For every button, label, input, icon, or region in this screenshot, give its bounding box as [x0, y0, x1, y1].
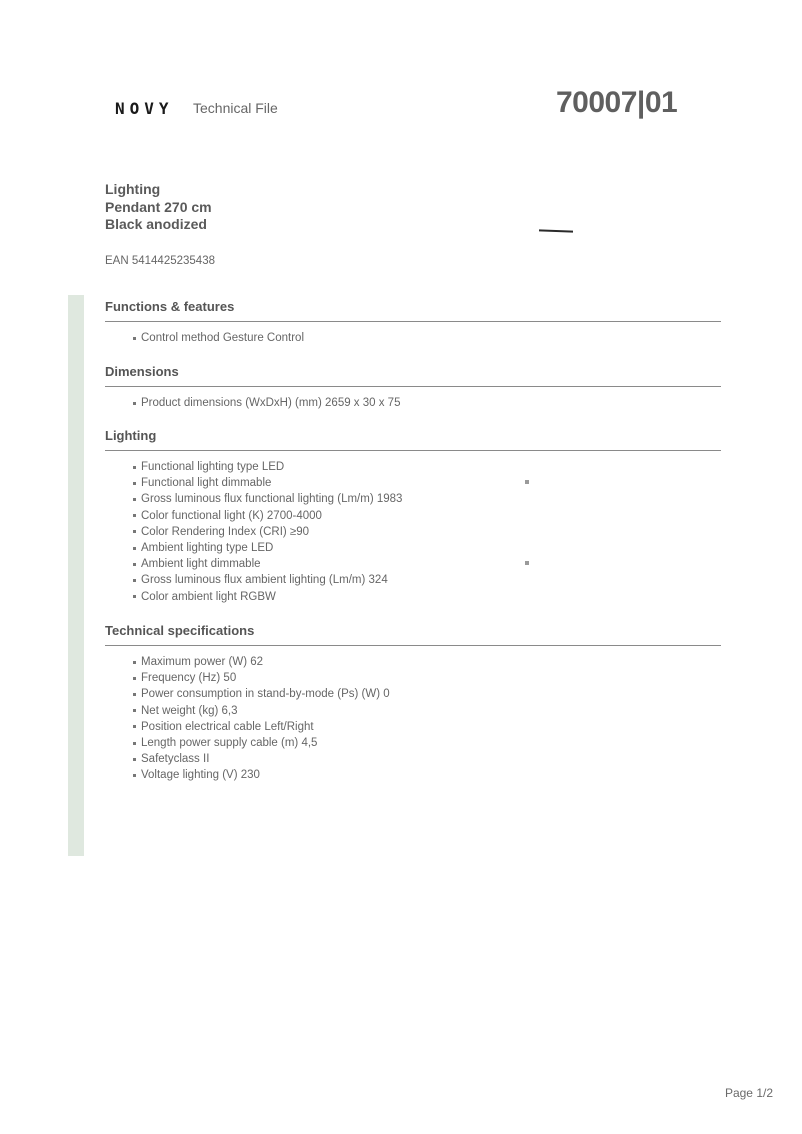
spec-item-text: Power consumption in stand-by-mode (Ps) …	[141, 688, 390, 700]
spec-item-text: Ambient light dimmable	[141, 558, 261, 570]
document-type: Technical File	[193, 100, 278, 116]
spec-item-text: Length power supply cable (m) 4,5	[141, 737, 317, 749]
spec-item: Length power supply cable (m) 4,5	[133, 735, 721, 751]
spec-item-text: Frequency (Hz) 50	[141, 672, 236, 684]
spec-item: Net weight (kg) 6,3	[133, 703, 721, 719]
spec-item-text: Maximum power (W) 62	[141, 656, 263, 668]
spec-item-text: Functional light dimmable	[141, 477, 271, 489]
spec-item: Ambient lighting type LED	[133, 540, 721, 556]
section-technical-specifications: Technical specifications Maximum power (…	[105, 622, 721, 784]
spec-item-text: Gross luminous flux ambient lighting (Lm…	[141, 574, 388, 586]
spec-item-text: Functional lighting type LED	[141, 461, 284, 473]
product-finish: Black anodized	[105, 216, 212, 234]
section-accent-bar	[68, 295, 84, 856]
article-number: 70007|01	[556, 86, 677, 120]
section-title: Technical specifications	[105, 622, 721, 646]
section-title: Lighting	[105, 427, 721, 451]
spec-item-text: Gross luminous flux functional lighting …	[141, 493, 402, 505]
spec-item: Power consumption in stand-by-mode (Ps) …	[133, 686, 721, 702]
spec-item-text: Color Rendering Index (CRI) ≥90	[141, 526, 309, 538]
spec-list: Maximum power (W) 62Frequency (Hz) 50Pow…	[105, 646, 721, 784]
spec-item: Functional light dimmable	[133, 475, 721, 491]
spec-item-text: Ambient lighting type LED	[141, 542, 273, 554]
spec-item: Gross luminous flux functional lighting …	[133, 491, 721, 507]
spec-item: Color ambient light RGBW	[133, 589, 721, 605]
spec-item: Functional lighting type LED	[133, 459, 721, 475]
spec-item: Control method Gesture Control	[133, 330, 721, 346]
product-category: Lighting	[105, 181, 212, 199]
spec-item: Ambient light dimmable	[133, 556, 721, 572]
spec-list: Control method Gesture Control	[105, 322, 721, 346]
spec-item: Maximum power (W) 62	[133, 654, 721, 670]
spec-item-text: Position electrical cable Left/Right	[141, 721, 314, 733]
product-title: Lighting Pendant 270 cm Black anodized	[105, 181, 212, 234]
check-mark-icon	[525, 561, 529, 565]
spec-item-text: Control method Gesture Control	[141, 332, 304, 344]
check-mark-icon	[525, 480, 529, 484]
ean-code: EAN 5414425235438	[105, 255, 215, 267]
brand-logo: NOVY	[115, 99, 174, 118]
spec-item: Safetyclass II	[133, 751, 721, 767]
spec-list: Product dimensions (WxDxH) (mm) 2659 x 3…	[105, 387, 721, 411]
product-image	[539, 229, 573, 232]
section-lighting: Lighting Functional lighting type LEDFun…	[105, 427, 721, 605]
page-number: Page 1/2	[725, 1086, 773, 1100]
spec-item-text: Product dimensions (WxDxH) (mm) 2659 x 3…	[141, 397, 400, 409]
spec-item: Gross luminous flux ambient lighting (Lm…	[133, 572, 721, 588]
spec-item: Frequency (Hz) 50	[133, 670, 721, 686]
section-title: Dimensions	[105, 363, 721, 387]
section-dimensions: Dimensions Product dimensions (WxDxH) (m…	[105, 363, 721, 411]
spec-item: Position electrical cable Left/Right	[133, 719, 721, 735]
product-name: Pendant 270 cm	[105, 199, 212, 217]
section-title: Functions & features	[105, 298, 721, 322]
spec-item: Product dimensions (WxDxH) (mm) 2659 x 3…	[133, 395, 721, 411]
spec-item: Color functional light (K) 2700-4000	[133, 508, 721, 524]
spec-list: Functional lighting type LEDFunctional l…	[105, 451, 721, 605]
spec-item-text: Color functional light (K) 2700-4000	[141, 510, 322, 522]
spec-item-text: Voltage lighting (V) 230	[141, 769, 260, 781]
spec-item-text: Color ambient light RGBW	[141, 591, 276, 603]
section-functions-features: Functions & features Control method Gest…	[105, 298, 721, 346]
spec-item-text: Net weight (kg) 6,3	[141, 705, 238, 717]
spec-item: Color Rendering Index (CRI) ≥90	[133, 524, 721, 540]
spec-item-text: Safetyclass II	[141, 753, 209, 765]
spec-item: Voltage lighting (V) 230	[133, 767, 721, 783]
